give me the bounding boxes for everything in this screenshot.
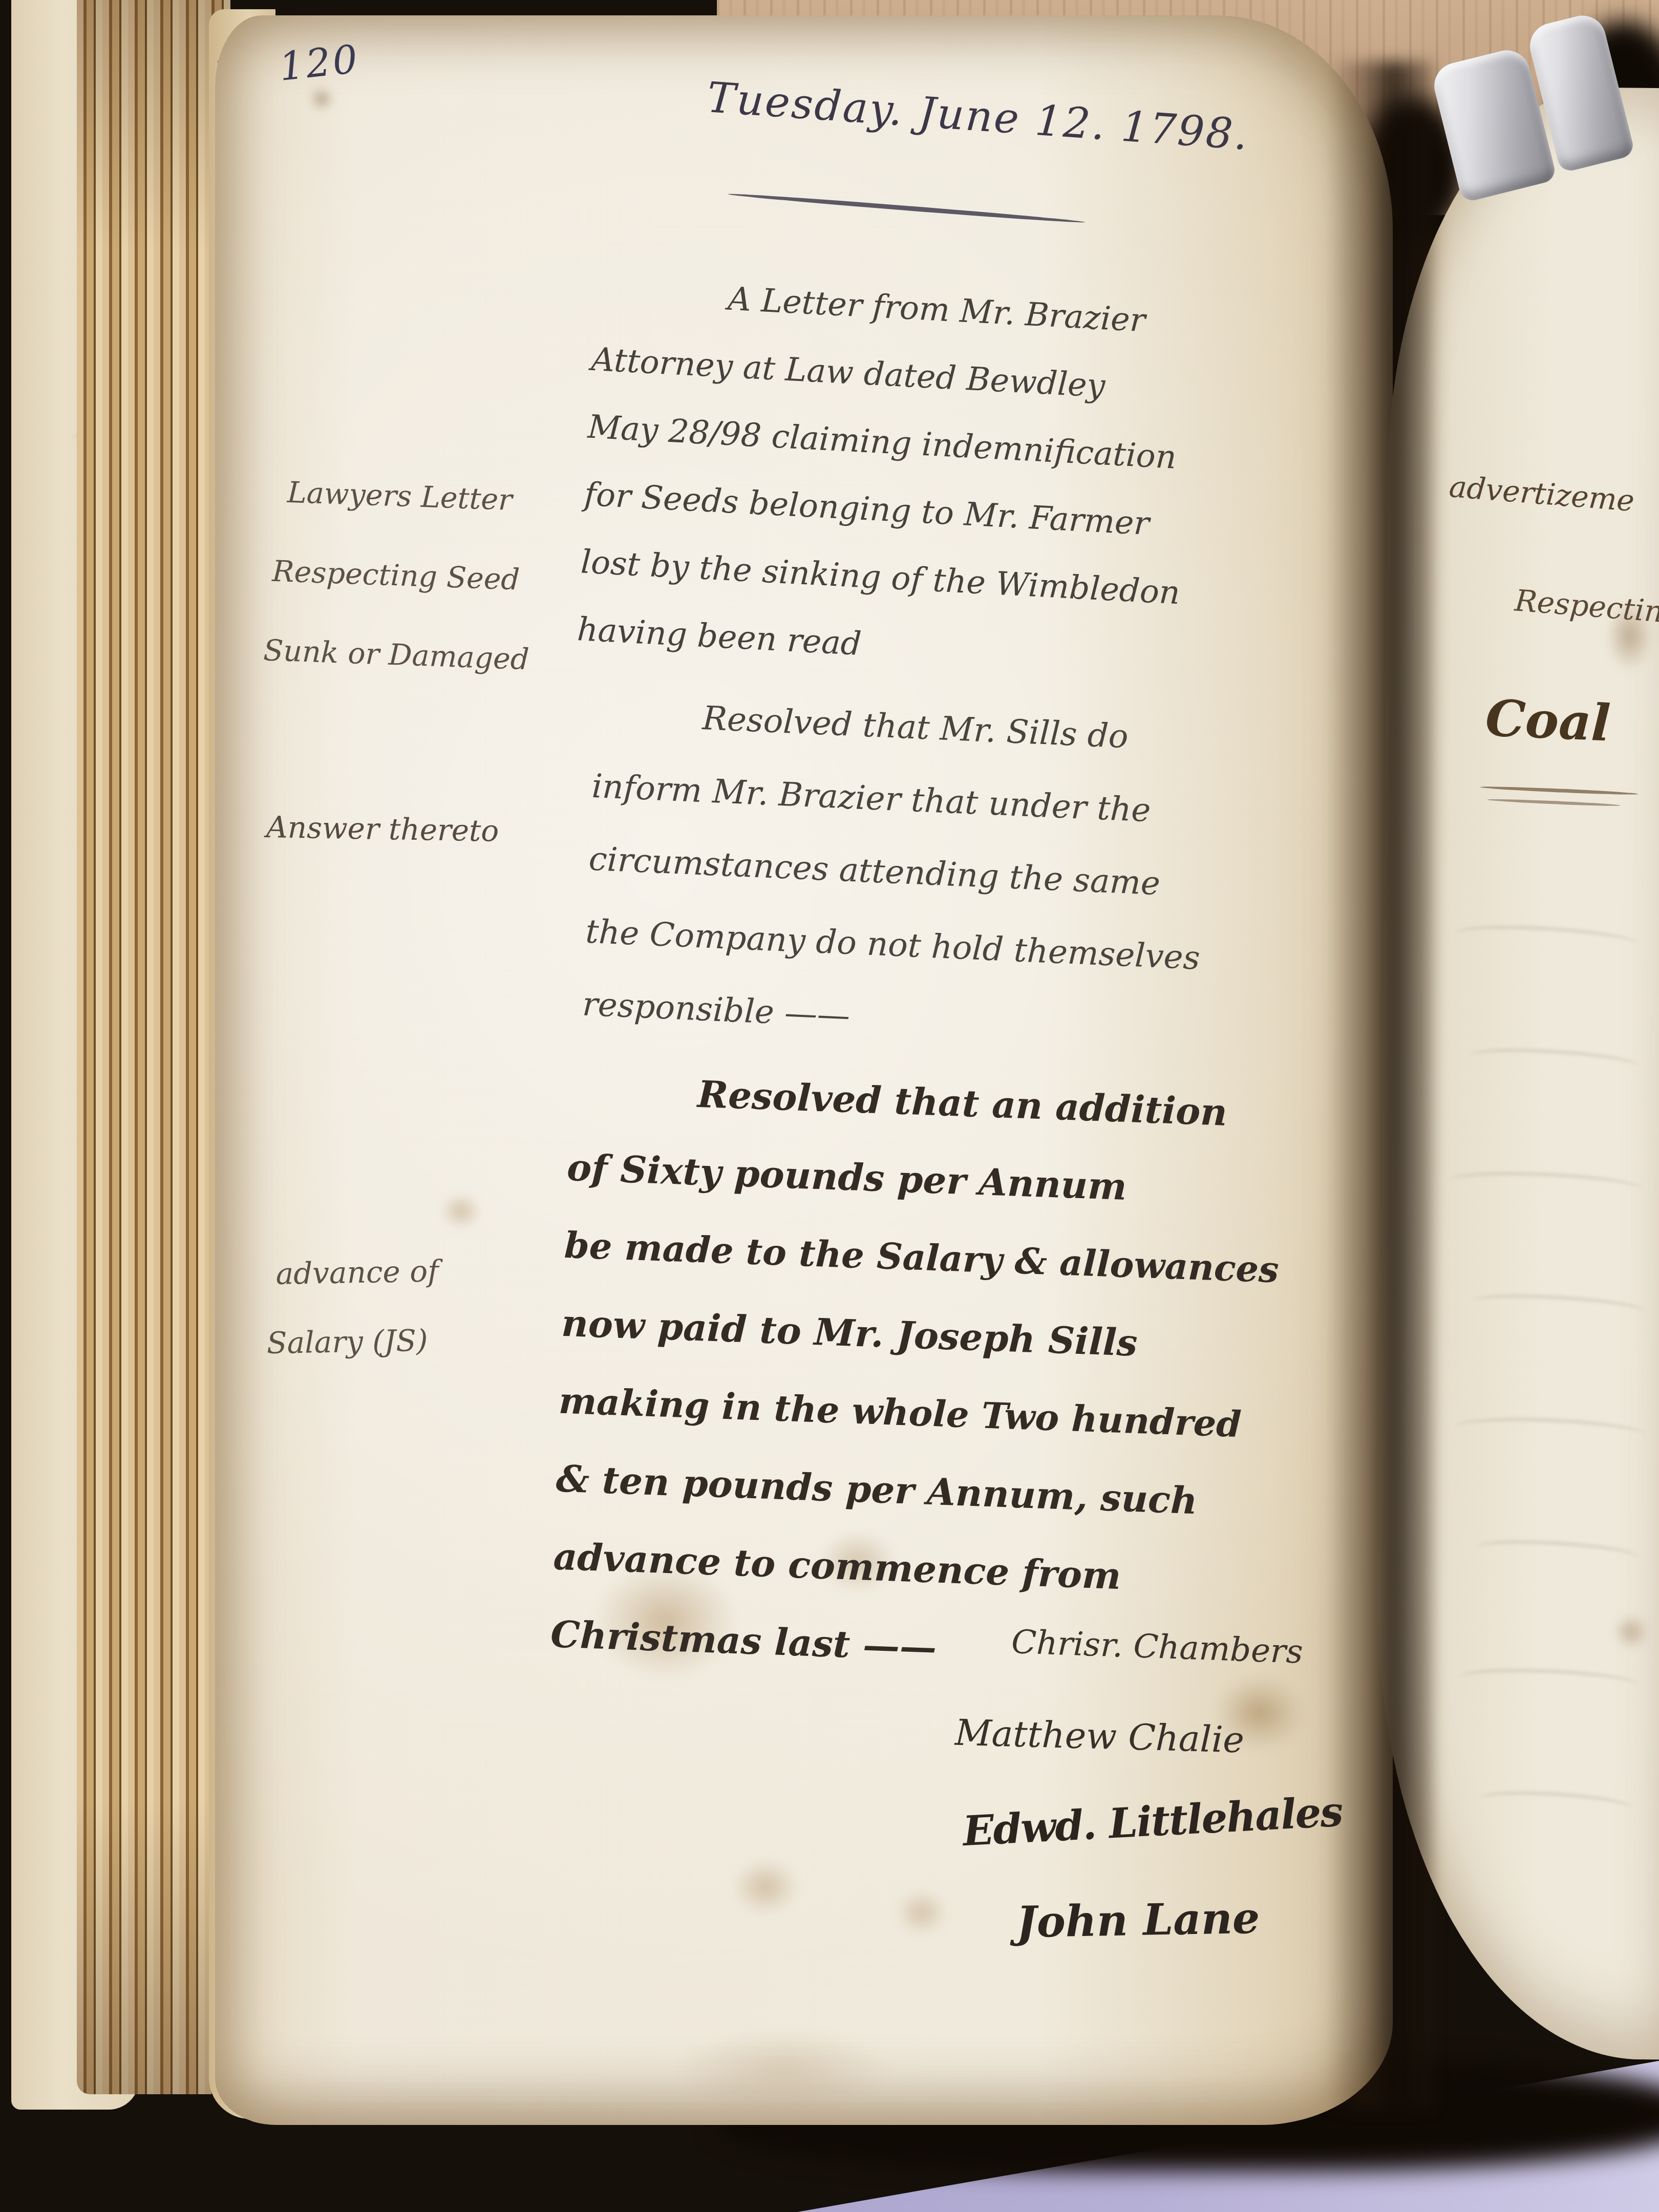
paper-stain xyxy=(896,1889,947,1936)
ghost-writing-mark xyxy=(1448,1168,1643,1201)
paragraph-salary-resolution: Resolved that an addition of Sixty pound… xyxy=(549,1055,1286,1702)
ghost-writing-mark xyxy=(1475,1537,1640,1568)
right-page-heading-coal: Coal xyxy=(1484,689,1612,753)
margin-note-line: advance of xyxy=(275,1243,439,1317)
margin-note-lawyers-letter: Lawyers Letter Respecting Seed Sunk or D… xyxy=(280,462,536,709)
page-number: 120 xyxy=(277,36,362,90)
paragraph-lawyers-letter: A Letter from Mr. Brazier Attorney at La… xyxy=(576,261,1196,697)
margin-note-line: Salary (JS) xyxy=(266,1314,440,1389)
signature-john-lane: John Lane xyxy=(1016,1892,1260,1947)
signature-edwd-littlehales: Edwd. Littlehales xyxy=(962,1788,1343,1856)
header-underline xyxy=(728,192,1086,225)
paper-stain xyxy=(732,1859,799,1915)
ghost-writing-mark xyxy=(1456,1414,1646,1447)
margin-note-advance-of-salary: advance of Salary (JS) xyxy=(275,1243,441,1389)
margin-note-answer-thereto: Answer thereto xyxy=(266,810,499,848)
paper-stain xyxy=(1613,1613,1649,1650)
margin-note-line: Sunk or Damaged xyxy=(262,622,530,708)
paper-stain xyxy=(310,87,333,111)
ghost-writing-mark xyxy=(1455,921,1640,956)
signature-matthew-chalie: Matthew Chalie xyxy=(954,1712,1245,1761)
page-title-date: Tuesday. June 12. 1798. xyxy=(706,73,1250,160)
page-fore-edges-stack xyxy=(77,0,230,2094)
margin-note-line: Lawyers Letter xyxy=(286,462,536,552)
ghost-writing-mark xyxy=(1459,1666,1639,1696)
book-gutter-shadow xyxy=(1326,61,1434,2110)
paper-stain xyxy=(676,2028,891,2110)
ghost-writing-mark xyxy=(1472,1290,1647,1323)
ghost-writing-mark xyxy=(1478,1788,1633,1819)
paper-stain xyxy=(1606,600,1653,672)
paragraph-answer-resolution: Resolved that Mr. Sills do inform Mr. Br… xyxy=(581,681,1211,1071)
main-manuscript-page: 120 Tuesday. June 12. 1798. Lawyers Lett… xyxy=(215,15,1393,2125)
right-page-margin-note-line: advertizeme xyxy=(1448,469,1636,518)
ghost-writing-mark xyxy=(1469,1045,1639,1077)
paper-stain xyxy=(440,1193,481,1229)
margin-note-line: Respecting Seed xyxy=(270,543,533,632)
coal-underline xyxy=(1480,785,1639,796)
coal-underline xyxy=(1487,798,1621,807)
